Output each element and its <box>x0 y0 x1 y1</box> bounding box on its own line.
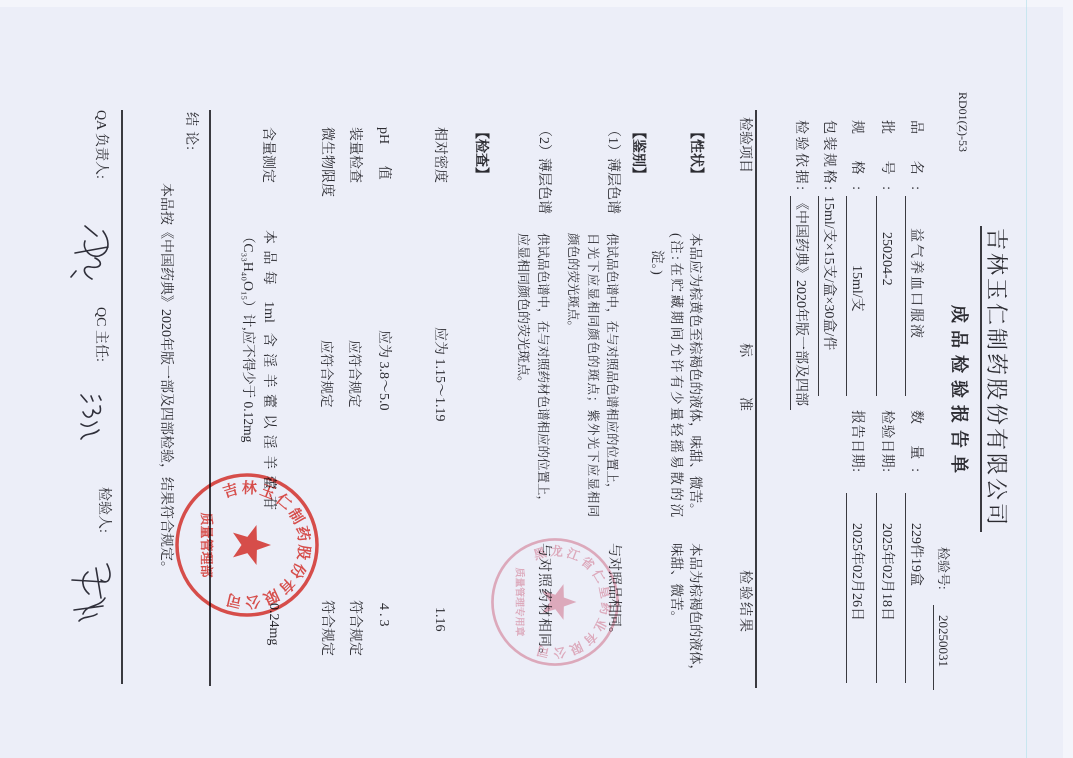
row-result-line: 符合规定 <box>347 600 361 656</box>
field-label: 规 格: <box>849 120 863 190</box>
field-label: 报告日期: <box>849 410 863 472</box>
star-icon <box>233 525 271 565</box>
field-underline <box>846 196 847 396</box>
row-result-line: 味甜、微苦。 <box>670 543 684 624</box>
inspection-report-document: RD01(Z)-53 吉林玉仁制药股份有限公司 成品检验报告单 检验号: 202… <box>0 0 1073 758</box>
row-item: 微生物限度 <box>319 127 333 197</box>
field-underline <box>846 493 847 683</box>
field-underline <box>876 196 877 396</box>
row-standard-line: 应符合规定 <box>320 340 334 408</box>
table-top-border <box>756 110 758 688</box>
section-tests: 【检查】 <box>473 125 487 181</box>
conclusion-divider <box>122 110 124 684</box>
form-code: RD01(Z)-53 <box>957 92 969 152</box>
field-value: 《中国药典》2020年版一部及四部 <box>793 196 807 406</box>
row-standard-line: 淀。) <box>651 250 665 275</box>
row-item: 相对密度 <box>432 127 446 183</box>
field-value: 益气养血口服液 <box>908 228 922 340</box>
field-underline <box>876 493 877 683</box>
stamp-inner-text: 质量管理专用章 <box>514 568 527 637</box>
qa-manager-label: QA 负责人: <box>93 110 107 179</box>
row-standard-line: 日光下应显相同颜色的斑点；紫外光下应显相同 <box>587 233 600 517</box>
report-no-value: 20250031 <box>937 615 950 667</box>
inspector-label: 检验人: <box>96 487 110 533</box>
row-standard-line: 本品应为棕黄色至棕褐色的液体，味甜、微苦。 <box>689 233 703 517</box>
row-standard-line: 本品每 1ml 含淫羊藿以淫羊藿苷 <box>261 230 275 510</box>
row-item: 含量测定 <box>260 127 274 183</box>
row-standard-line: 供试品色谱中，在与对照药材色谱相应的位置上， <box>537 233 550 508</box>
header-result: 检验结果 <box>737 570 751 634</box>
field-label: 批 号: <box>879 120 893 190</box>
company-qc-seal-stamp: 吉林玉仁制药股份有限公司 质量管理部 <box>172 470 322 620</box>
scan-artifact-line <box>1026 0 1027 758</box>
scan-edge-left <box>0 0 1073 7</box>
row-standard-line: （C₃₃H₄₀O₁₅）计,应不得少于 0.12mg <box>242 230 256 442</box>
row-item: 装量检查 <box>347 127 361 183</box>
field-value: 2025年02月18日 <box>879 523 893 621</box>
row-result-line: 4.3 <box>376 603 390 630</box>
row-item: （1）薄层色谱 <box>605 123 619 214</box>
report-no-label: 检验号: <box>937 547 950 590</box>
field-label: 检验日期: <box>879 410 893 472</box>
field-underline <box>818 196 819 396</box>
company-name-underline <box>981 226 983 532</box>
field-value: 229件19盒 <box>908 523 922 586</box>
company-name: 吉林玉仁制药股份有限公司 <box>985 228 1007 528</box>
field-value: 250204-2 <box>879 232 893 286</box>
report-no-underline <box>933 605 934 690</box>
header-standard: 标准 <box>737 343 751 451</box>
row-result-line: 1.16 <box>432 607 446 632</box>
faded-seal-stamp: 黑龙江省仁皇药业有限公司 质量管理专用章 <box>488 535 622 669</box>
stamp-inner-text: 质量管理部 <box>199 512 214 577</box>
field-label: 品 名: <box>908 120 922 190</box>
row-item: （2）薄层色谱 <box>536 123 550 214</box>
report-title: 成品检验报告单 <box>950 305 968 480</box>
qa-signature <box>67 222 117 288</box>
scan-edge-top <box>1063 0 1073 758</box>
row-item: pH 值 <box>376 127 390 180</box>
field-underline <box>790 196 791 410</box>
row-result-line: 本品为棕褐色的液体， <box>689 543 703 678</box>
field-value: 2025年02月26日 <box>849 523 863 621</box>
field-underline <box>905 196 906 396</box>
conclusion-text: 本品按《中国药典》2020年版一部及四部检验，结果符合规定。 <box>158 183 172 575</box>
row-standard-line: (注:在贮藏期间允许有少量轻摇易散的沉 <box>670 233 684 517</box>
row-standard-line: 颜色的荧光斑点。 <box>567 233 580 333</box>
qc-signature <box>75 392 107 442</box>
field-value: 15ml/支 <box>849 265 863 312</box>
field-label: 包装规格: <box>821 120 835 190</box>
qc-director-label: QC 主任: <box>93 307 107 362</box>
row-item: 【性状】 <box>688 125 702 181</box>
conclusion-label: 结 论: <box>183 112 197 150</box>
field-value: 15ml/支×15支/盒×30盒/件 <box>821 196 835 350</box>
row-standard-line: 应显相同颜色的荧光斑点。 <box>517 233 530 389</box>
field-label: 数 量: <box>908 410 922 472</box>
field-label: 检验依据: <box>793 120 807 190</box>
inspector-signature <box>67 558 117 624</box>
row-standard-line: 应为 3.8～5.0 <box>376 330 390 411</box>
header-item: 检验项目 <box>737 117 751 173</box>
star-icon <box>542 584 576 620</box>
section-identification: 【鉴别】 <box>630 125 644 181</box>
row-standard-line: 应符合规定 <box>348 340 362 408</box>
field-underline <box>905 493 906 683</box>
row-standard-line: 应为 1.15～1.19 <box>432 327 446 422</box>
row-standard-line: 供试品色谱中，在与对照品色谱相应的位置上， <box>606 233 619 496</box>
